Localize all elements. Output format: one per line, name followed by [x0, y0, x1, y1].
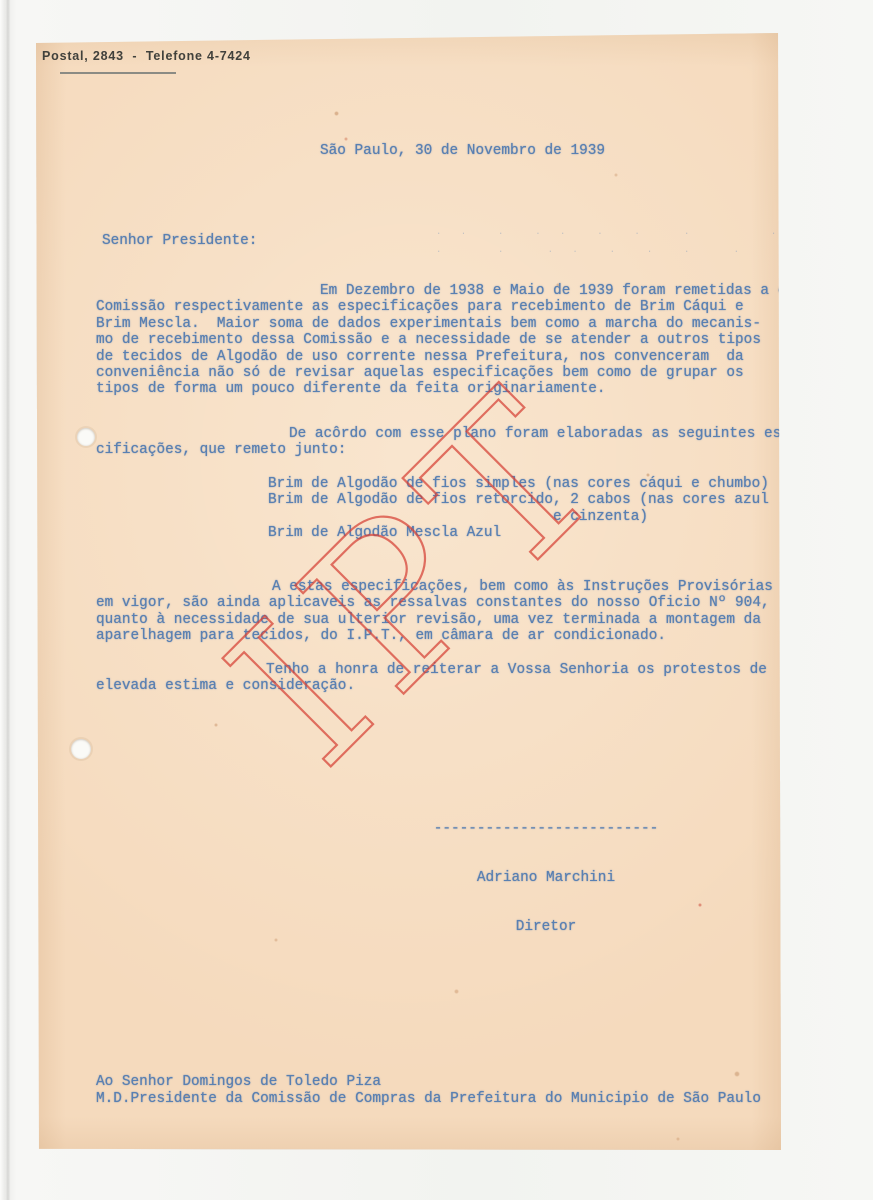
letter-page: Postal, 2843 - Telefone 4-7424 São Paulo… — [36, 33, 781, 1150]
letterhead-contact-line: Postal, 2843 - Telefone 4-7424 — [42, 49, 251, 63]
watermark-text: IPT — [184, 336, 657, 809]
ink-bleedthrough-dots: . . . . . . . . . — [436, 227, 783, 237]
specifications-list: Brim de Algodão de fios simples (nas cor… — [268, 476, 769, 542]
body-paragraph-3: A estas especificações, bem como às Inst… — [96, 579, 773, 645]
punch-hole-top — [77, 428, 95, 446]
letterhead-underline — [60, 72, 176, 74]
body-paragraph-2: De acôrdo com esse plano foram elaborada… — [96, 426, 807, 459]
body-paragraph-4: Tenho a honra de reiterar a Vossa Senhor… — [96, 662, 767, 695]
date-line: São Paulo, 30 de Novembro de 1939 — [320, 143, 605, 159]
scanner-background: Postal, 2843 - Telefone 4-7424 São Paulo… — [0, 0, 873, 1200]
addressee-block: Ao Senhor Domingos de Toledo Piza M.D.Pr… — [96, 1074, 761, 1108]
punch-hole-bottom — [71, 739, 91, 759]
salutation: Senhor Presidente: — [102, 233, 257, 249]
signatory-name: Adriano Marchini — [432, 870, 660, 886]
ink-bleedthrough-dots: . . . . . . . . — [436, 245, 746, 255]
body-paragraph-1: Em Dezembro de 1938 e Maio de 1939 foram… — [96, 283, 812, 398]
signatory-title: Diretor — [432, 919, 660, 935]
signature-block: -------------------------- Adriano March… — [432, 788, 660, 968]
signature-rule: -------------------------- — [432, 821, 660, 837]
